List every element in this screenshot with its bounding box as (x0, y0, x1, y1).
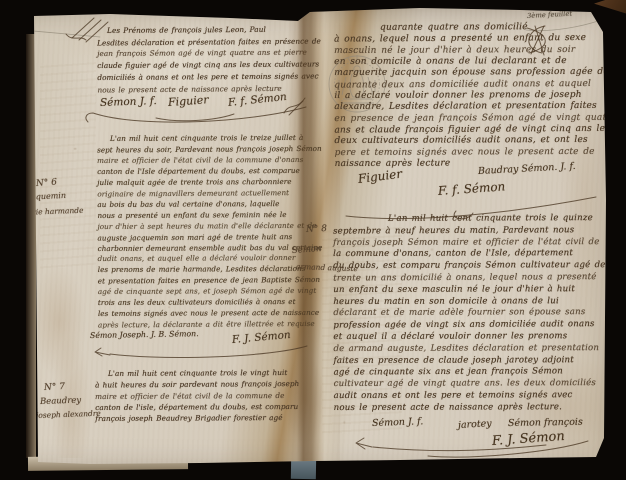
witness-signatures: Sémon Joseph. J. B. Sémon. (90, 329, 199, 340)
handwritten-line: quarante deux ans domiciliée audit onans… (334, 79, 596, 92)
act-number-margin: N° 6 (36, 178, 58, 189)
act8-birth-record-paragraph: L'an mil huit cent cinquante trois le qu… (333, 213, 597, 414)
signature-flourish (338, 432, 594, 460)
book-page-edge-left (26, 34, 36, 458)
handwritten-line: pere et temoins signés avec nous le pres… (335, 147, 597, 159)
handwritten-line: profession agée de vingt six ans domicil… (333, 319, 596, 332)
handwritten-line: L'an mil huit cent cinquante trois le tr… (97, 133, 307, 145)
signature-flourish (82, 94, 312, 130)
handwritten-line: dudit onans, et auquel elle a déclaré vo… (98, 253, 308, 265)
signature-flourish (85, 340, 313, 364)
handwritten-line: maire et officier de l'état civil de la … (95, 389, 307, 401)
handwritten-line: ans et claude françois figuier agé de vi… (334, 124, 596, 137)
ink-showthrough (40, 60, 96, 270)
handwritten-line: et auquel il a déclaré vouloir donner le… (333, 331, 596, 344)
signature: Sémon françois (508, 417, 583, 429)
handwritten-line: jour d'hier à sept heures du matin d'ell… (97, 221, 307, 233)
handwritten-line: cultivateur agé de vingt quatre ans. les… (334, 378, 597, 391)
handwritten-line: déclarant et de marie adèle fournier son… (333, 307, 596, 320)
handwritten-line: jean françois Sémon agé de vingt quatre … (97, 47, 309, 60)
act-continuation-paragraph: Les Prénoms de françois jules Leon, Paul… (97, 24, 309, 96)
handwritten-line: auguste jacquemin son mari agé de trente… (98, 232, 308, 244)
civil-register-scan: Les Prénoms de françois jules Leon, Paul… (0, 0, 626, 480)
handwritten-line: françois joseph Beaudrey Brigadier fores… (95, 412, 307, 424)
gutter-fold-core-shadow (297, 0, 310, 480)
handwritten-line: un enfant du sexe masculin né le jour d'… (333, 284, 596, 297)
handwritten-line: L'an mil huit cent cinquante trois le qu… (333, 213, 596, 226)
handwritten-line: de armand auguste, Lesdites déclaration … (333, 343, 596, 356)
act-name-margin: joseph alexandre (36, 409, 101, 420)
handwritten-line: domiciliés à onans et ont les pere et te… (97, 70, 309, 83)
handwritten-line: françois joseph Sémon maire et officier … (333, 237, 596, 250)
handwritten-line: au bois du bas du val certaine d'onans, … (97, 199, 307, 211)
handwritten-line: julie malquit agée de trente trois ans c… (97, 177, 307, 189)
act-number-margin: N° 7 (44, 382, 65, 393)
handwritten-line: du doubs, est comparu françois Sémon cul… (333, 260, 596, 273)
open-register-spread: Les Prénoms de françois jules Leon, Paul… (0, 0, 626, 480)
act-name-margin: Beaudrey (40, 396, 81, 407)
signature: jarotey (458, 418, 492, 431)
handwritten-line: Les Prénoms de françois jules Leon, Paul (97, 24, 309, 37)
handwritten-line: agé de cinquante sept ans, et joseph Sém… (98, 286, 308, 298)
handwritten-line: originaire de mignavillers demeurant act… (97, 188, 307, 200)
handwritten-line: trente un ans domicilié à onans, lequel … (333, 272, 596, 285)
signature: Sémon J. f. (372, 416, 424, 429)
handwritten-line: nous le present acte de naissance après … (334, 402, 597, 415)
act6-birth-record-paragraph: L'an mil huit cent cinquante trois le tr… (97, 133, 308, 331)
handwritten-line: maire et officier de l'état civil de la … (97, 155, 307, 167)
handwritten-line: canton de l'Isle département du doubs, e… (97, 166, 307, 178)
handwritten-line: audit onans et ont les pere et temoins s… (334, 390, 597, 403)
handwritten-line: marguerite jacquin son épouse sans profe… (334, 67, 596, 79)
handwritten-line: masculin né le jour d'hier à deux heures… (334, 45, 596, 57)
act7-continuation-paragraph: quarante quatre ans domiciliéà onans, le… (334, 22, 597, 171)
act7-birth-record-paragraph: L'an mil huit cent cinquante trois le vi… (95, 367, 307, 425)
